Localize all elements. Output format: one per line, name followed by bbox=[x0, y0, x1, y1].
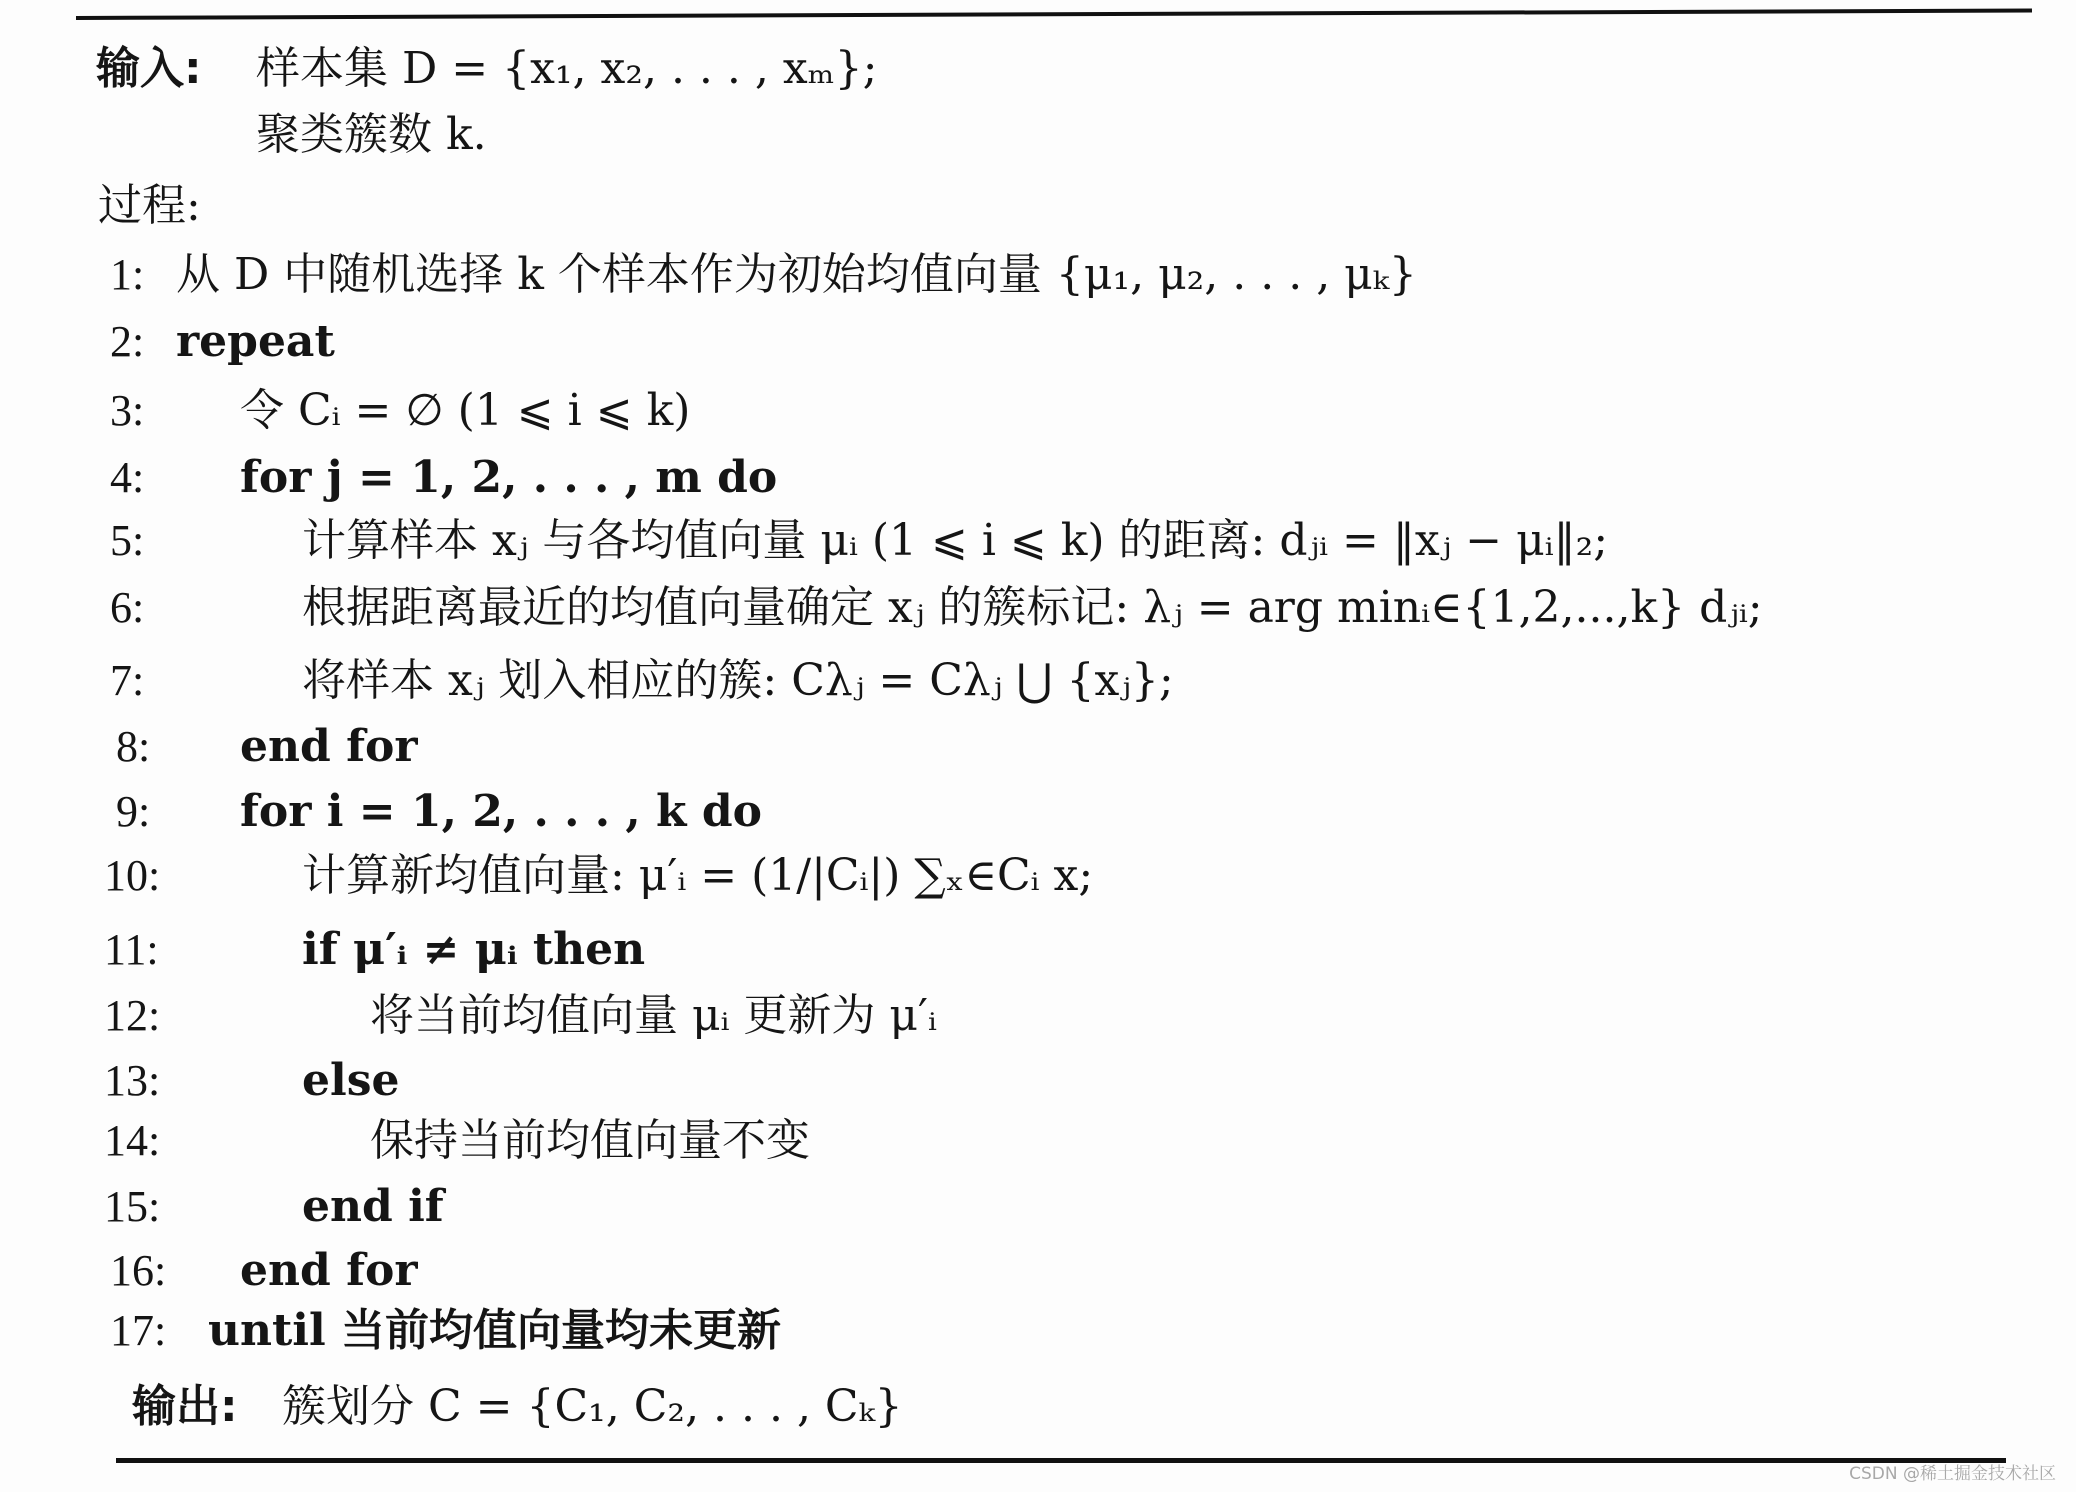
algorithm-step: 17:until 当前均值向量均未更新 bbox=[0, 1304, 2076, 1358]
watermark: CSDN @稀土掘金技术社区 bbox=[1849, 1459, 2056, 1484]
step-number: 14: bbox=[104, 1114, 194, 1168]
step-text: 令 Cᵢ = ∅ (1 ⩽ i ⩽ k) bbox=[240, 384, 690, 438]
step-text: end for bbox=[240, 1244, 418, 1298]
step-text: for j = 1, 2, . . . , m do bbox=[240, 451, 777, 505]
step-number: 15: bbox=[104, 1180, 194, 1234]
step-text: 保持当前均值向量不变 bbox=[370, 1114, 810, 1168]
step-text: 将当前均值向量 μᵢ 更新为 μ′ᵢ bbox=[370, 989, 937, 1043]
step-text: else bbox=[302, 1054, 399, 1108]
algorithm-step: 8:end for bbox=[0, 720, 2076, 774]
algorithm-step: 3:令 Cᵢ = ∅ (1 ⩽ i ⩽ k) bbox=[0, 384, 2076, 438]
step-number: 16: bbox=[110, 1244, 200, 1298]
top-rule bbox=[76, 8, 2032, 20]
input-line-2: 聚类簇数 k. bbox=[256, 108, 487, 162]
algorithm-step: 9:for i = 1, 2, . . . , k do bbox=[0, 785, 2076, 839]
algorithm-step: 16:end for bbox=[0, 1244, 2076, 1298]
input-label: 输入: bbox=[96, 43, 202, 94]
algorithm-step: 12:将当前均值向量 μᵢ 更新为 μ′ᵢ bbox=[0, 989, 2076, 1043]
algorithm-step: 13:else bbox=[0, 1054, 2076, 1108]
step-number: 7: bbox=[110, 654, 200, 708]
step-text: 将样本 xⱼ 划入相应的簇: Cλⱼ = Cλⱼ ⋃ {xⱼ}; bbox=[302, 654, 1174, 708]
algorithm-step: 11:if μ′ᵢ ≠ μᵢ then bbox=[0, 923, 2076, 977]
step-text: 计算新均值向量: μ′ᵢ = (1/|Cᵢ|) ∑ₓ∈Cᵢ x; bbox=[302, 849, 1093, 903]
algorithm-step: 6:根据距离最近的均值向量确定 xⱼ 的簇标记: λⱼ = arg minᵢ∈{… bbox=[0, 581, 2076, 635]
algorithm-step: 14:保持当前均值向量不变 bbox=[0, 1114, 2076, 1168]
step-text: 从 D 中随机选择 k 个样本作为初始均值向量 {μ₁, μ₂, . . . ,… bbox=[176, 248, 1417, 302]
step-number: 4: bbox=[110, 451, 200, 505]
step-text: 计算样本 xⱼ 与各均值向量 μᵢ (1 ⩽ i ⩽ k) 的距离: dⱼᵢ =… bbox=[302, 514, 1608, 568]
step-text: 根据距离最近的均值向量确定 xⱼ 的簇标记: λⱼ = arg minᵢ∈{1,… bbox=[302, 581, 1763, 635]
step-text: end for bbox=[240, 720, 418, 774]
algorithm-step: 1:从 D 中随机选择 k 个样本作为初始均值向量 {μ₁, μ₂, . . .… bbox=[0, 248, 2076, 302]
step-text: repeat bbox=[176, 315, 335, 369]
step-number: 10: bbox=[104, 849, 194, 903]
input-dataset: 样本集 D = {x₁, x₂, . . . , xₘ}; bbox=[256, 42, 877, 96]
step-text: for i = 1, 2, . . . , k do bbox=[240, 785, 762, 839]
step-number: 8: bbox=[116, 720, 206, 774]
algorithm-step: 4:for j = 1, 2, . . . , m do bbox=[0, 451, 2076, 505]
step-text: until 当前均值向量均未更新 bbox=[208, 1304, 781, 1358]
step-number: 6: bbox=[110, 581, 200, 635]
input-line-1: 输入: 样本集 D = {x₁, x₂, . . . , xₘ}; bbox=[96, 42, 202, 96]
algorithm-step: 5:计算样本 xⱼ 与各均值向量 μᵢ (1 ⩽ i ⩽ k) 的距离: dⱼᵢ… bbox=[0, 514, 2076, 568]
algorithm-step: 7:将样本 xⱼ 划入相应的簇: Cλⱼ = Cλⱼ ⋃ {xⱼ}; bbox=[0, 654, 2076, 708]
step-number: 3: bbox=[110, 384, 200, 438]
step-number: 9: bbox=[116, 785, 206, 839]
output-line: 输出: 簇划分 C = {C₁, C₂, . . . , Cₖ} bbox=[132, 1380, 238, 1434]
algorithm-step: 15:end if bbox=[0, 1180, 2076, 1234]
step-text: if μ′ᵢ ≠ μᵢ then bbox=[302, 923, 645, 977]
algorithm-step: 2:repeat bbox=[0, 315, 2076, 369]
output-label: 输出: bbox=[132, 1381, 238, 1432]
step-number: 11: bbox=[104, 923, 194, 977]
step-number: 12: bbox=[104, 989, 194, 1043]
algorithm-step: 10:计算新均值向量: μ′ᵢ = (1/|Cᵢ|) ∑ₓ∈Cᵢ x; bbox=[0, 849, 2076, 903]
step-number: 17: bbox=[110, 1304, 200, 1358]
step-number: 5: bbox=[110, 514, 200, 568]
process-label: 过程: bbox=[98, 179, 201, 233]
step-text: end if bbox=[302, 1180, 444, 1234]
step-number: 13: bbox=[104, 1054, 194, 1108]
bottom-rule bbox=[116, 1458, 2006, 1463]
output-partition: 簇划分 C = {C₁, C₂, . . . , Cₖ} bbox=[282, 1380, 903, 1434]
